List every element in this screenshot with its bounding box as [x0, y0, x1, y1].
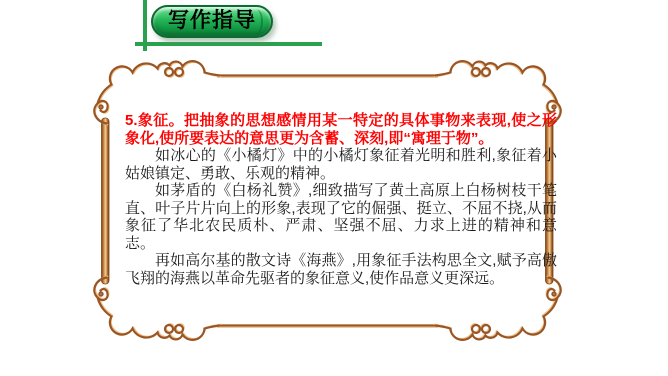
paragraph-example-baiyanglizan: 如茅盾的《白杨礼赞》,细致描写了黄土高原上白杨树枝干笔直、叶子片片向上的形象,表…	[125, 182, 557, 252]
paragraph-example-xiaojudeng: 如冰心的《小橘灯》中的小橘灯象征着光明和胜利,象征着小姑娘镇定、勇敢、乐观的精神…	[125, 147, 557, 182]
slide-text-block: 5.象征。把抽象的思想感情用某一特定的具体事物来表现,使之形象化,使所要表达的意…	[125, 112, 557, 287]
paragraph-definition: 5.象征。把抽象的思想感情用某一特定的具体事物来表现,使之形象化,使所要表达的意…	[125, 112, 557, 147]
tab-label: 写作指导	[168, 10, 256, 33]
slide-background: 写作指导	[0, 0, 668, 376]
paragraph-example-haiyan: 再如高尔基的散文诗《海燕》,用象征手法构思全文,赋予高傲飞翔的海燕以革命先驱者的…	[125, 252, 557, 287]
frame-left-rail	[102, 118, 110, 284]
frame-top-line	[217, 76, 438, 78]
frame-bottom-line	[217, 326, 438, 328]
writing-guidance-tab[interactable]: 写作指导	[151, 5, 273, 38]
